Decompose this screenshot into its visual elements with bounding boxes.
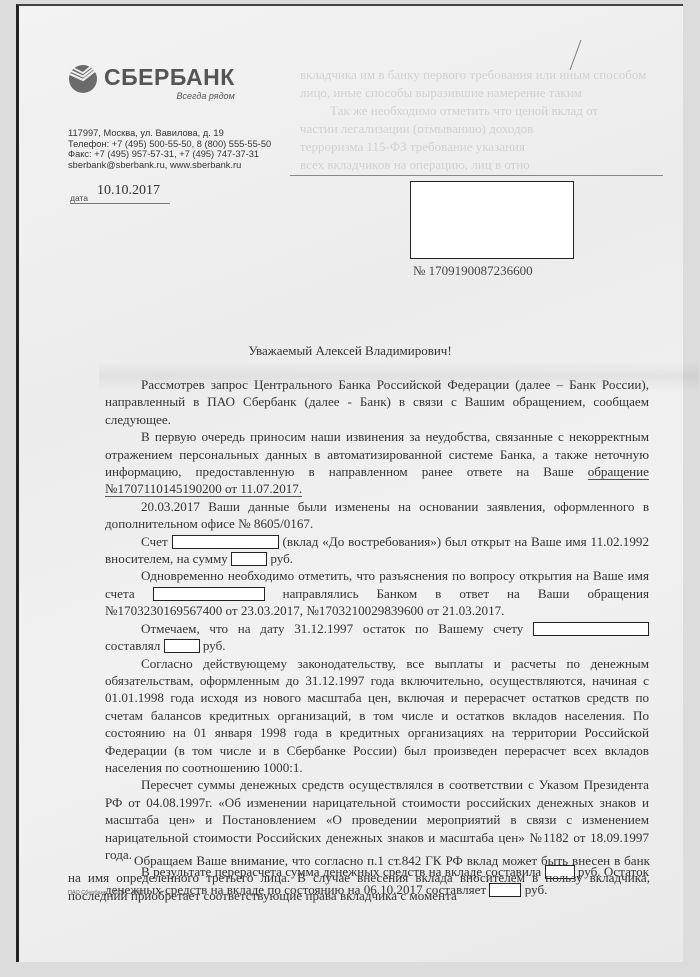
bank-contacts: 117997, Москва, ул. Вавилова, д. 19 Теле…: [68, 128, 271, 170]
redacted-recipient-address: [410, 181, 574, 259]
redacted-account-number: [533, 622, 649, 636]
paragraph: Пересчет суммы денежных средств осуществ…: [105, 776, 649, 863]
footer-legal-note: ПАО Сбербанк ... 537, ... КПП ...: [68, 890, 149, 896]
bank-logo: СБЕРБАНК Всегда рядом: [68, 64, 235, 101]
paragraph: Счет (вклад «До востребования») был откр…: [105, 533, 649, 568]
paragraph: Согласно действующему законодательству, …: [105, 655, 649, 777]
bank-phone: Телефон: +7 (495) 500-55-50, 8 (800) 555…: [68, 139, 271, 150]
bank-slogan: Всегда рядом: [104, 91, 235, 101]
bank-name: СБЕРБАНК: [104, 64, 235, 90]
paragraph: Рассмотрев запрос Центрального Банка Рос…: [105, 376, 649, 428]
paragraph: Отмечаем, что на дату 31.12.1997 остаток…: [105, 620, 649, 655]
paragraph: Обращаем Ваше внимание, что согласно п.1…: [68, 852, 650, 904]
redacted-account-number: [172, 535, 279, 549]
letter-body-continued: Обращаем Ваше внимание, что согласно п.1…: [68, 852, 650, 904]
redacted-amount: [231, 552, 267, 566]
bank-web: sberbank@sberbank.ru, www.sberbank.ru: [68, 160, 271, 171]
paragraph: 20.03.2017 Ваши данные были изменены на …: [105, 498, 649, 533]
header-divider: [290, 175, 663, 176]
redacted-account-number: [153, 587, 265, 601]
salutation: Уважаемый Алексей Владимирович!: [0, 343, 700, 359]
redacted-amount: [164, 639, 200, 653]
paragraph: Одновременно необходимо отметить, что ра…: [105, 567, 649, 619]
bank-fax: Факс: +7 (495) 957-57-31, +7 (495) 747-3…: [68, 149, 271, 160]
reference-number: № 1709190087236600: [413, 263, 533, 279]
date-field: дата 10.10.2017: [70, 183, 170, 204]
paragraph: В первую очередь приносим наши извинения…: [105, 428, 649, 498]
date-label: дата: [70, 193, 88, 203]
sberbank-logo-icon: [68, 64, 98, 94]
bank-address: 117997, Москва, ул. Вавилова, д. 19: [68, 128, 271, 139]
date-value: 10.10.2017: [97, 183, 160, 199]
letter-body: Рассмотрев запрос Центрального Банка Рос…: [105, 376, 649, 898]
